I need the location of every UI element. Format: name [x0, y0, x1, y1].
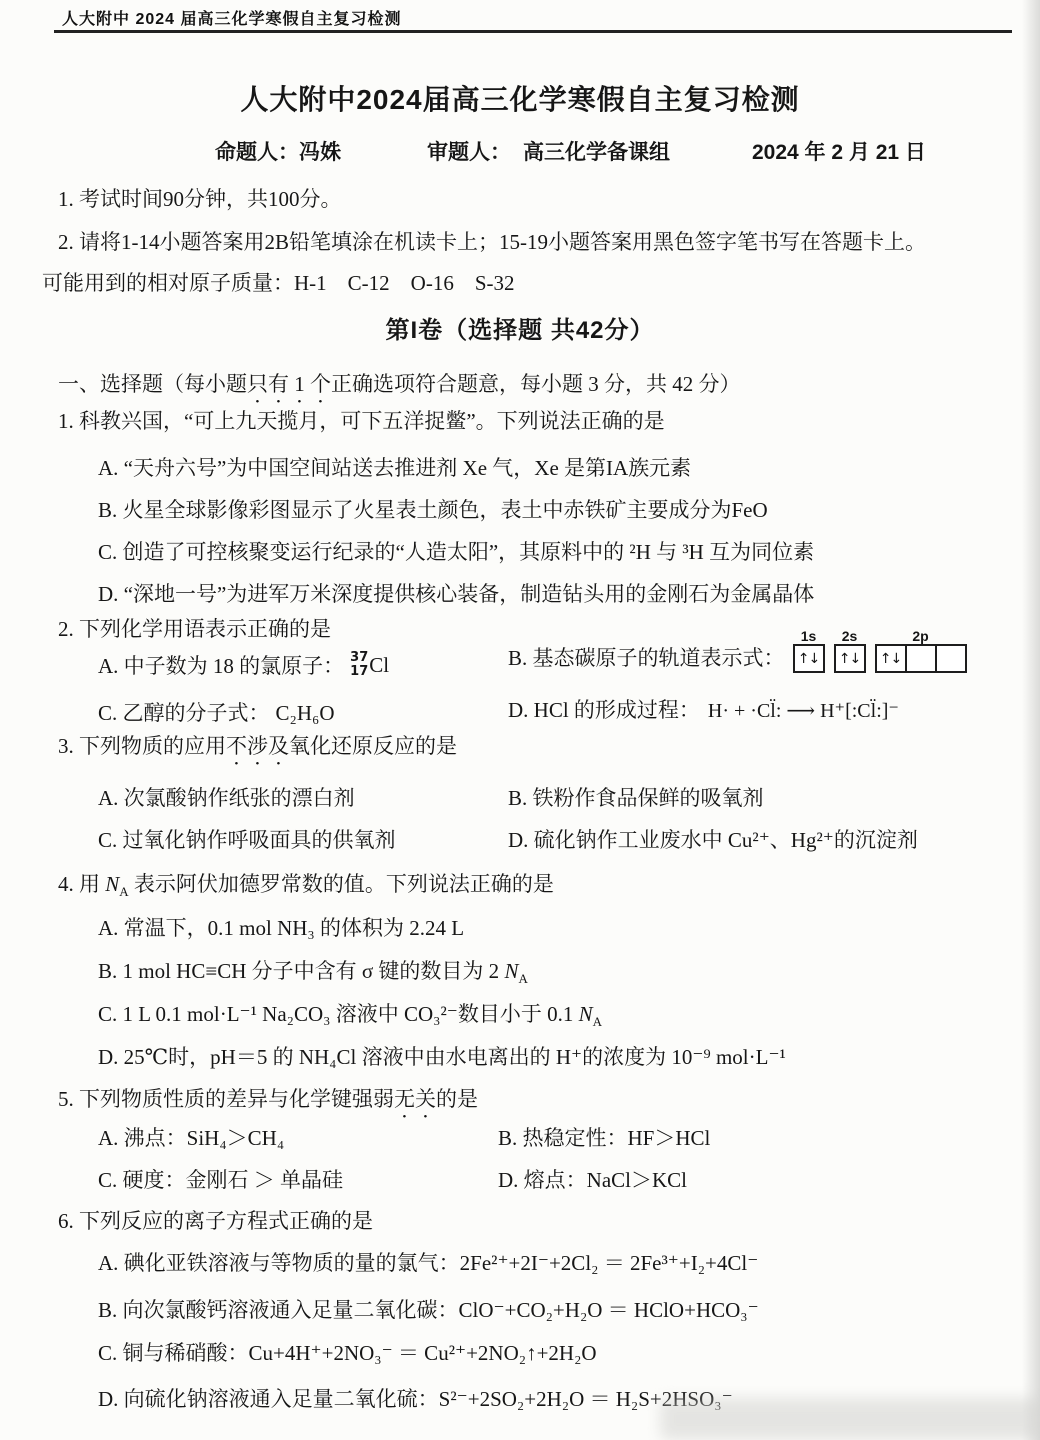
q3-stem-post: 氧化还原反应的是 — [289, 734, 457, 758]
q3-option-a: A. 次氯酸钠作纸张的漂白剂 — [98, 782, 355, 812]
orbital-1s-cell: 1s ↑↓ — [793, 628, 825, 673]
q1-option-c: C. 创造了可控核聚变运行纪录的“人造太阳”，其原料中的 ²H 与 ³H 互为同… — [98, 536, 814, 566]
reviewer-name: 高三化学备课组 — [523, 141, 670, 164]
avogadro-n: N — [105, 872, 119, 896]
q6-option-b: B. 向次氯酸钙溶液通入足量二氧化碳：ClO⁻+CO₂+H₂O ＝ HClO+H… — [98, 1294, 759, 1324]
q5-option-d: D. 熔点：NaCl＞KCl — [498, 1164, 687, 1194]
q2-stem: 2. 下列化学用语表示正确的是 — [58, 613, 331, 643]
setter-label: 命题人： — [215, 141, 299, 164]
section-1-title: 第I卷（选择题 共42分） — [0, 310, 1040, 345]
orbital-2p-box-3 — [935, 644, 967, 673]
orbital-2p-label: 2p — [912, 628, 928, 644]
q3-option-d: D. 硫化钠作工业废水中 Cu²⁺、Hg²⁺的沉淀剂 — [508, 824, 918, 854]
q5-stem-post: 的是 — [436, 1087, 478, 1111]
reviewer-info: 审题人：高三化学备课组 — [427, 136, 670, 166]
orbital-2p-box-1: ↑↓ — [875, 644, 907, 673]
q5-option-c: C. 硬度：金刚石 ＞ 单晶硅 — [98, 1164, 343, 1194]
q5-stem-emphasis: 无关 — [394, 1087, 436, 1111]
instruction-2: 2. 请将1-14小题答案用2B铅笔填涂在机读卡上；15-19小题答案用黑色签字… — [58, 226, 926, 256]
orbital-2s-cell: 2s ↑↓ — [834, 628, 866, 673]
reviewer-label: 审题人： — [427, 141, 511, 164]
avogadro-symbol-b: NA — [504, 959, 527, 983]
q4-option-a: A. 常温下，0.1 mol NH₃ 的体积为 2.24 L — [98, 912, 464, 942]
q3-stem-emphasis: 不涉及 — [226, 734, 289, 758]
hcl-lewis-formula: H· + ·Cl̈: ⟶ H⁺[:Cl̈:]⁻ — [708, 700, 899, 722]
q1-option-d: D. “深地一号”为进军万米深度提供核心装备，制造钻头用的金刚石为金属晶体 — [98, 578, 814, 608]
q6-option-a: A. 碘化亚铁溶液与等物质的量的氯气：2Fe²⁺+2I⁻+2Cl₂ ＝ 2Fe³… — [98, 1247, 758, 1277]
avogadro-sub: A — [518, 971, 527, 986]
q2-option-d: D. HCl 的形成过程：H· + ·Cl̈: ⟶ H⁺[:Cl̈:]⁻ — [508, 694, 899, 724]
q4-option-c: C. 1 L 0.1 mol·L⁻¹ Na₂CO₃ 溶液中 CO₃²⁻数目小于 … — [98, 998, 602, 1030]
exam-title: 人大附中2024届高三化学寒假自主复习检测 — [0, 78, 1040, 118]
instruction-1: 1. 考试时间90分钟，共100分。 — [58, 183, 342, 213]
exam-date: 2024 年 2 月 21 日 — [752, 136, 926, 166]
orbital-2p-cell: 2p ↑↓ — [875, 628, 967, 673]
q2-option-a: A. 中子数为 18 的氯原子： 37 17 Cl — [98, 650, 389, 680]
q6-stem: 6. 下列反应的离子方程式正确的是 — [58, 1205, 373, 1235]
avogadro-sub: A — [119, 884, 128, 899]
subtitle-post: 正确选项符合题意，每小题 3 分，共 42 分） — [331, 372, 741, 396]
nuclide-z: 17 — [350, 665, 368, 679]
subtitle-emphasis: 只有 1 个 — [247, 372, 331, 396]
q2-option-c: C. 乙醇的分子式：C₂H₆O — [98, 697, 335, 727]
orbital-2s-box: ↑↓ — [834, 644, 866, 673]
ethanol-formula: C₂H₆O — [276, 701, 335, 725]
q4-option-c-text: C. 1 L 0.1 mol·L⁻¹ Na₂CO₃ 溶液中 CO₃²⁻数目小于 … — [98, 1002, 579, 1026]
q5-option-b: B. 热稳定性：HF＞HCl — [498, 1122, 710, 1152]
orbital-2p-box-2 — [905, 644, 937, 673]
q3-stem-pre: 3. 下列物质的应用 — [58, 734, 226, 758]
avogadro-n: N — [579, 1002, 593, 1026]
subtitle-pre: 一、选择题（每小题 — [58, 372, 247, 396]
q1-stem: 1. 科教兴国，“可上九天揽月，可下五洋捉鳖”。下列说法正确的是 — [58, 405, 665, 435]
running-header: 人大附中 2024 届高三化学寒假自主复习检测 — [62, 6, 402, 29]
q2-option-d-label: D. HCl 的形成过程： — [508, 698, 700, 722]
q3-option-c: C. 过氧化钠作呼吸面具的供氧剂 — [98, 824, 396, 854]
q2-option-b: B. 基态碳原子的轨道表示式： 1s ↑↓ 2s ↑↓ 2p ↑↓ — [508, 628, 967, 673]
q6-option-c: C. 铜与稀硝酸：Cu+4H⁺+2NO₃⁻ ＝ Cu²⁺+2NO₂↑+2H₂O — [98, 1337, 597, 1367]
q5-stem: 5. 下列物质性质的差异与化学键强弱无关的是 — [58, 1083, 478, 1123]
avogadro-sub: A — [593, 1014, 602, 1029]
q3-option-b: B. 铁粉作食品保鲜的吸氧剂 — [508, 782, 764, 812]
q3-stem: 3. 下列物质的应用不涉及氧化还原反应的是 — [58, 730, 457, 770]
q4-stem: 4. 用 NA 表示阿伏加德罗常数的值。下列说法正确的是 — [58, 868, 554, 900]
q5-stem-pre: 5. 下列物质性质的差异与化学键强弱 — [58, 1087, 394, 1111]
q5-option-a: A. 沸点：SiH₄＞CH₄ — [98, 1122, 284, 1152]
q1-option-a: A. “天舟六号”为中国空间站送去推进剂 Xe 气，Xe 是第IA族元素 — [98, 452, 691, 482]
q2-option-c-label: C. 乙醇的分子式： — [98, 701, 270, 725]
q4-stem-pre: 4. 用 — [58, 872, 105, 896]
chlorine-nuclide: 37 17 Cl — [350, 651, 389, 678]
q1-option-b: B. 火星全球影像彩图显示了火星表土颜色，表土中赤铁矿主要成分为FeO — [98, 494, 768, 524]
avogadro-n: N — [504, 959, 518, 983]
scan-smudge — [660, 1398, 1040, 1440]
q4-option-b-text: B. 1 mol HC≡CH 分子中含有 σ 键的数目为 2 — [98, 959, 504, 983]
section-1-subtitle: 一、选择题（每小题只有 1 个正确选项符合题意，每小题 3 分，共 42 分） — [58, 368, 741, 408]
scan-edge-shadow — [1022, 0, 1040, 1440]
nuclide-symbol: Cl — [369, 653, 389, 678]
q2-option-b-label: B. 基态碳原子的轨道表示式： — [508, 642, 785, 673]
orbital-2p-boxes: ↑↓ — [875, 644, 967, 673]
header-divider — [54, 30, 1012, 33]
avogadro-symbol: NA — [105, 872, 128, 896]
q6-option-d: D. 向硫化钠溶液通入足量二氧化硫：S²⁻+2SO₂+2H₂O ＝ H₂S+2H… — [98, 1383, 733, 1413]
exam-page: 人大附中 2024 届高三化学寒假自主复习检测 人大附中2024届高三化学寒假自… — [0, 0, 1040, 1440]
setter-info: 命题人：冯姝 — [215, 136, 341, 166]
orbital-2s-label: 2s — [842, 628, 858, 644]
avogadro-symbol-c: NA — [579, 1002, 602, 1026]
q4-stem-post: 表示阿伏加德罗常数的值。下列说法正确的是 — [129, 872, 554, 896]
orbital-diagram: 1s ↑↓ 2s ↑↓ 2p ↑↓ — [793, 628, 967, 673]
nuclide-mass: 37 — [350, 651, 368, 665]
orbital-1s-label: 1s — [801, 628, 817, 644]
setter-name: 冯姝 — [299, 141, 341, 164]
q2-option-a-label: A. 中子数为 18 的氯原子： — [98, 650, 344, 680]
orbital-1s-box: ↑↓ — [793, 644, 825, 673]
q4-option-d: D. 25℃时，pH＝5 的 NH₄Cl 溶液中由水电离出的 H⁺的浓度为 10… — [98, 1041, 786, 1071]
atomic-masses: 可能用到的相对原子质量：H-1 C-12 O-16 S-32 — [42, 267, 515, 297]
q4-option-b: B. 1 mol HC≡CH 分子中含有 σ 键的数目为 2 NA — [98, 955, 528, 987]
